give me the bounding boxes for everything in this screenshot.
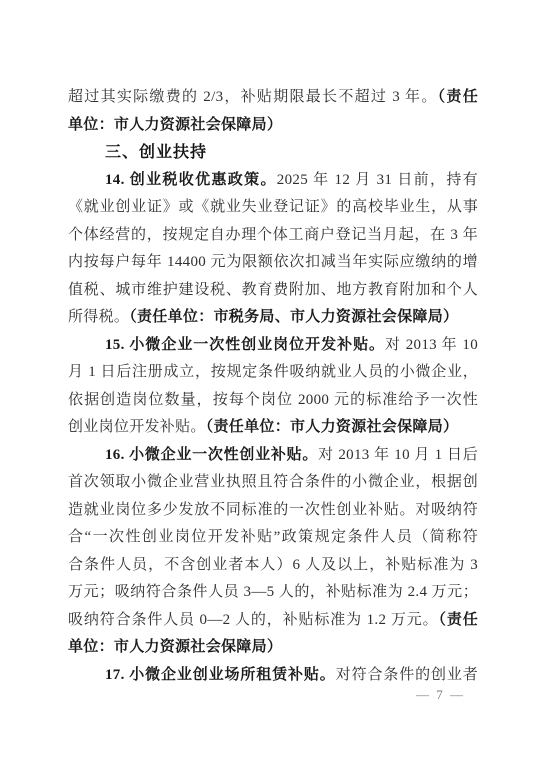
text-line: 创业岗位开发补贴。（责任单位：市人力资源社会保障局） xyxy=(68,414,478,442)
bold-text-segment: 16. 小微企业一次性创业补贴。 xyxy=(105,447,318,463)
text-line: 值税、城市维护建设税、教育费附加、地方教育附加和个人 xyxy=(68,277,478,305)
page-number: — 7 — xyxy=(416,687,465,703)
text-line: 吸纳符合条件人员 0—2 人的，补贴标准为 1.2 万元。（责任 xyxy=(68,607,478,635)
bold-text-segment: 15. 小微企业一次性创业岗位开发补贴。 xyxy=(105,337,385,353)
text-segment: 造就业岗位多少发放不同标准的一次性创业补贴。对吸纳符 xyxy=(68,502,478,518)
text-line: 首次领取小微企业营业执照且符合条件的小微企业，根据创 xyxy=(68,469,478,497)
text-segment: 对符合条件的创业者 xyxy=(336,667,478,683)
bold-text-segment: （责任 xyxy=(438,612,478,628)
text-segment: 合条件人员，不含创业者本人）6 人及以上，补贴标准为 3 xyxy=(68,557,478,573)
text-segment: 所得税。 xyxy=(68,309,129,325)
text-line: 月 1 日后注册成立，按规定条件吸纳就业人员的小微企业， xyxy=(68,359,478,387)
bold-text-segment: （责任单位：市税务局、市人力资源社会保障局） xyxy=(129,309,458,325)
text-segment: 万元；吸纳符合条件人员 3—5 人的，补贴标准为 2.4 万元； xyxy=(68,584,478,600)
text-line: 内按每户每年 14400 元为限额依次扣减当年实际应缴纳的增 xyxy=(68,249,478,277)
text-line: 所得税。（责任单位：市税务局、市人力资源社会保障局） xyxy=(68,304,478,332)
bold-text-segment: （责任 xyxy=(438,89,478,105)
text-segment: 对 2013 年 10 xyxy=(385,337,478,353)
text-segment: 吸纳符合条件人员 0—2 人的，补贴标准为 1.2 万元。 xyxy=(68,612,438,628)
text-line: 造就业岗位多少发放不同标准的一次性创业补贴。对吸纳符 xyxy=(68,497,478,525)
text-segment: 个体经营的，按规定自办理个体工商户登记当月起，在 3 年 xyxy=(68,227,478,243)
text-segment: 创业岗位开发补贴。 xyxy=(68,419,206,435)
bold-text-segment: 单位：市人力资源社会保障局） xyxy=(68,639,282,655)
text-line: 单位：市人力资源社会保障局） xyxy=(68,112,478,140)
bold-text-segment: 单位：市人力资源社会保障局） xyxy=(68,117,282,133)
bold-text-segment: （责任单位：市人力资源社会保障局） xyxy=(206,419,459,435)
text-segment: 值税、城市维护建设税、教育费附加、地方教育附加和个人 xyxy=(68,282,478,298)
text-line: 合“一次性创业岗位开发补贴”政策规定条件人员（简称符 xyxy=(68,524,478,552)
text-line: 依据创造岗位数量，按每个岗位 2000 元的标准给予一次性 xyxy=(68,387,478,415)
text-line: 16. 小微企业一次性创业补贴。对 2013 年 10 月 1 日后 xyxy=(68,442,478,470)
document-body: 超过其实际缴费的 2/3，补贴期限最长不超过 3 年。（责任 单位：市人力资源社… xyxy=(68,84,478,689)
text-line: 15. 小微企业一次性创业岗位开发补贴。对 2013 年 10 xyxy=(68,332,478,360)
text-line: 17. 小微企业创业场所租赁补贴。对符合条件的创业者 xyxy=(68,662,478,690)
text-segment: 《就业创业证》或《就业失业登记证》的高校毕业生，从事 xyxy=(68,199,478,215)
text-line: 《就业创业证》或《就业失业登记证》的高校毕业生，从事 xyxy=(68,194,478,222)
text-segment: 内按每户每年 14400 元为限额依次扣减当年实际应缴纳的增 xyxy=(68,254,478,270)
text-segment: 对 2013 年 10 月 1 日后 xyxy=(318,447,478,463)
section-heading: 三、创业扶持 xyxy=(68,139,478,167)
text-segment: 首次领取小微企业营业执照且符合条件的小微企业，根据创 xyxy=(68,474,478,490)
bold-text-segment: 14. 创业税收优惠政策。 xyxy=(105,172,277,188)
document-page: 超过其实际缴费的 2/3，补贴期限最长不超过 3 年。（责任 单位：市人力资源社… xyxy=(0,0,543,768)
text-line: 14. 创业税收优惠政策。2025 年 12 月 31 日前，持有 xyxy=(68,167,478,195)
text-line: 超过其实际缴费的 2/3，补贴期限最长不超过 3 年。（责任 xyxy=(68,84,478,112)
text-segment: 超过其实际缴费的 2/3，补贴期限最长不超过 3 年。 xyxy=(68,89,438,105)
bold-text-segment: 17. 小微企业创业场所租赁补贴。 xyxy=(105,667,336,683)
text-segment: 月 1 日后注册成立，按规定条件吸纳就业人员的小微企业， xyxy=(68,364,478,380)
text-segment: 依据创造岗位数量，按每个岗位 2000 元的标准给予一次性 xyxy=(68,392,478,408)
text-line: 合条件人员，不含创业者本人）6 人及以上，补贴标准为 3 xyxy=(68,552,478,580)
text-line: 个体经营的，按规定自办理个体工商户登记当月起，在 3 年 xyxy=(68,222,478,250)
text-line: 单位：市人力资源社会保障局） xyxy=(68,634,478,662)
text-segment: 合“一次性创业岗位开发补贴”政策规定条件人员（简称符 xyxy=(68,529,478,545)
text-line: 万元；吸纳符合条件人员 3—5 人的，补贴标准为 2.4 万元； xyxy=(68,579,478,607)
text-segment: 2025 年 12 月 31 日前，持有 xyxy=(277,172,478,188)
